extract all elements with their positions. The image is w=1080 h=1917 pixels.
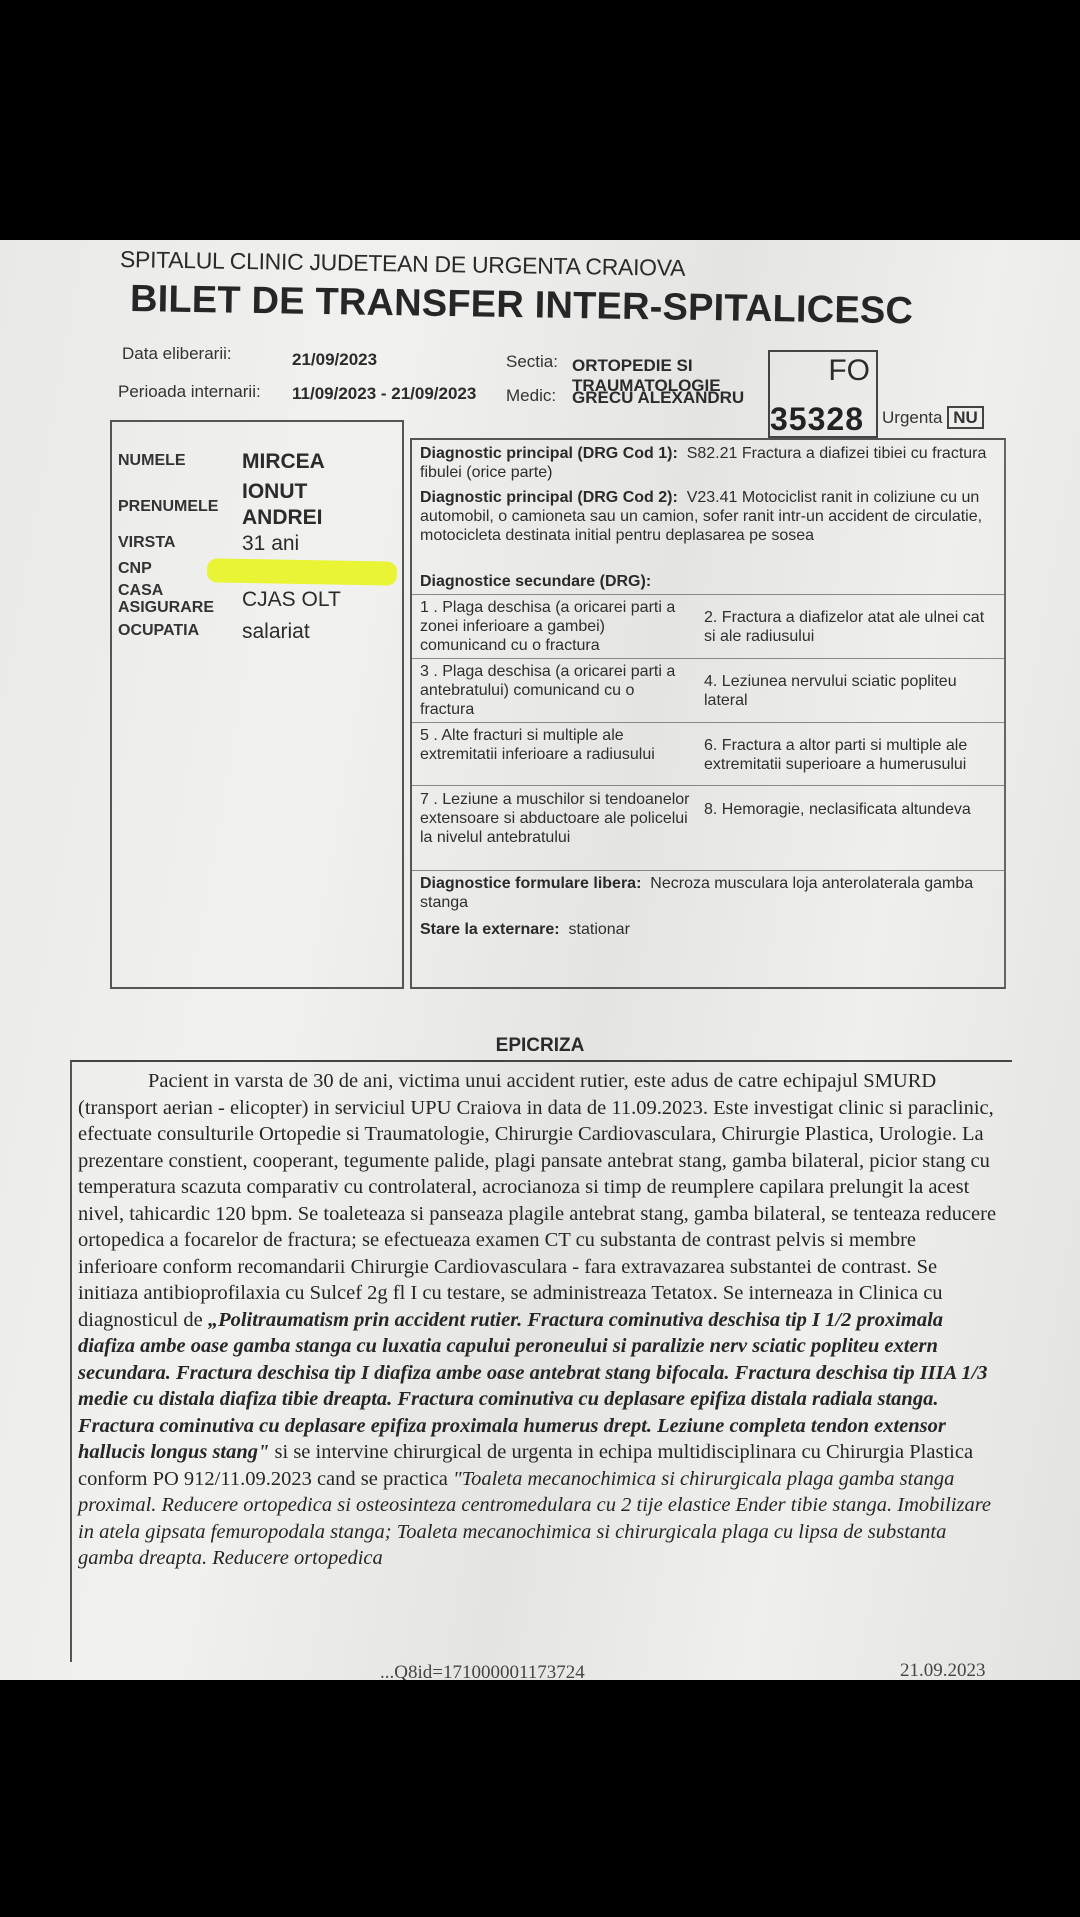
urgency: Urgenta NU: [882, 408, 984, 428]
urgency-label: Urgenta: [882, 408, 942, 427]
diagnostic-principal-1: Diagnostic principal (DRG Cod 1): S82.21…: [420, 444, 996, 482]
admission-period: 11/09/2023 - 21/09/2023: [292, 384, 476, 404]
section-line1: ORTOPEDIE SI: [572, 356, 693, 376]
diagnostics-box: Diagnostic principal (DRG Cod 1): S82.21…: [410, 438, 1006, 989]
age-label: VIRSTA: [118, 534, 175, 552]
secondary-diagnostic-3: 3 . Plaga deschisa (a oricarei parti a a…: [420, 662, 690, 719]
firstname-line1: IONUT: [242, 480, 307, 504]
surname: MIRCEA: [242, 450, 325, 474]
document-photo: SPITALUL CLINIC JUDETEAN DE URGENTA CRAI…: [0, 240, 1080, 1680]
occupation-label: OCUPATIA: [118, 622, 199, 640]
document-title: BILET DE TRANSFER INTER-SPITALICESC: [130, 278, 914, 333]
footer-date: 21.09.2023: [900, 1660, 986, 1680]
fo-number: 35328: [770, 401, 864, 438]
secondary-diagnostic-6: 6. Fractura a altor parti si multiple al…: [704, 736, 994, 774]
issue-date-label: Data eliberarii:: [122, 344, 232, 364]
secondary-diagnostic-7: 7 . Leziune a muschilor si tendoanelor e…: [420, 790, 695, 847]
epicriza-box: Pacient in varsta de 30 de ani, victima …: [70, 1060, 1012, 1662]
insurance-label: CASA ASIGURARE: [118, 582, 214, 616]
doctor-label: Medic:: [506, 386, 556, 406]
insurance: CJAS OLT: [242, 588, 341, 612]
cnp-label: CNP: [118, 560, 152, 578]
age: 31 ani: [242, 532, 299, 556]
fo-box: FO 35328: [768, 350, 878, 438]
firstname-line2: ANDREI: [242, 506, 323, 530]
doctor-name: GRECU ALEXANDRU: [572, 388, 744, 408]
secondary-diagnostic-4: 4. Leziunea nervului sciatic popliteu la…: [704, 672, 994, 710]
secondary-diagnostic-5: 5 . Alte fracturi si multiple ale extrem…: [420, 726, 705, 764]
patient-box: NUMELE MIRCEA PRENUMELE IONUT ANDREI VIR…: [110, 420, 404, 989]
occupation: salariat: [242, 620, 310, 644]
firstname-label: PRENUMELE: [118, 498, 218, 516]
secondary-diagnostic-1: 1 . Plaga deschisa (a oricarei parti a z…: [420, 598, 690, 655]
urgency-value: NU: [947, 406, 984, 429]
free-form-diagnostic: Diagnostice formulare libera: Necroza mu…: [420, 874, 996, 912]
issue-date: 21/09/2023: [292, 350, 377, 370]
secondary-diagnostics-label: Diagnostice secundare (DRG):: [420, 572, 996, 591]
epicriza-text: Pacient in varsta de 30 de ani, victima …: [78, 1068, 998, 1572]
admission-period-label: Perioada internarii:: [118, 382, 261, 402]
hospital-name: SPITALUL CLINIC JUDETEAN DE URGENTA CRAI…: [120, 246, 686, 282]
footer-url: ...Q8id=171000001173724: [380, 1662, 585, 1680]
cnp-redaction-highlight: [207, 558, 397, 585]
diagnostic-principal-2: Diagnostic principal (DRG Cod 2): V23.41…: [420, 488, 996, 545]
fo-label: FO: [828, 354, 870, 388]
epicriza-title: EPICRIZA: [0, 1035, 1080, 1057]
secondary-diagnostic-2: 2. Fractura a diafizelor atat ale ulnei …: [704, 608, 994, 646]
surname-label: NUMELE: [118, 452, 186, 470]
discharge-status: Stare la externare: stationar: [420, 920, 996, 939]
section-label: Sectia:: [506, 352, 558, 372]
secondary-diagnostic-8: 8. Hemoragie, neclasificata altundeva: [704, 800, 994, 819]
